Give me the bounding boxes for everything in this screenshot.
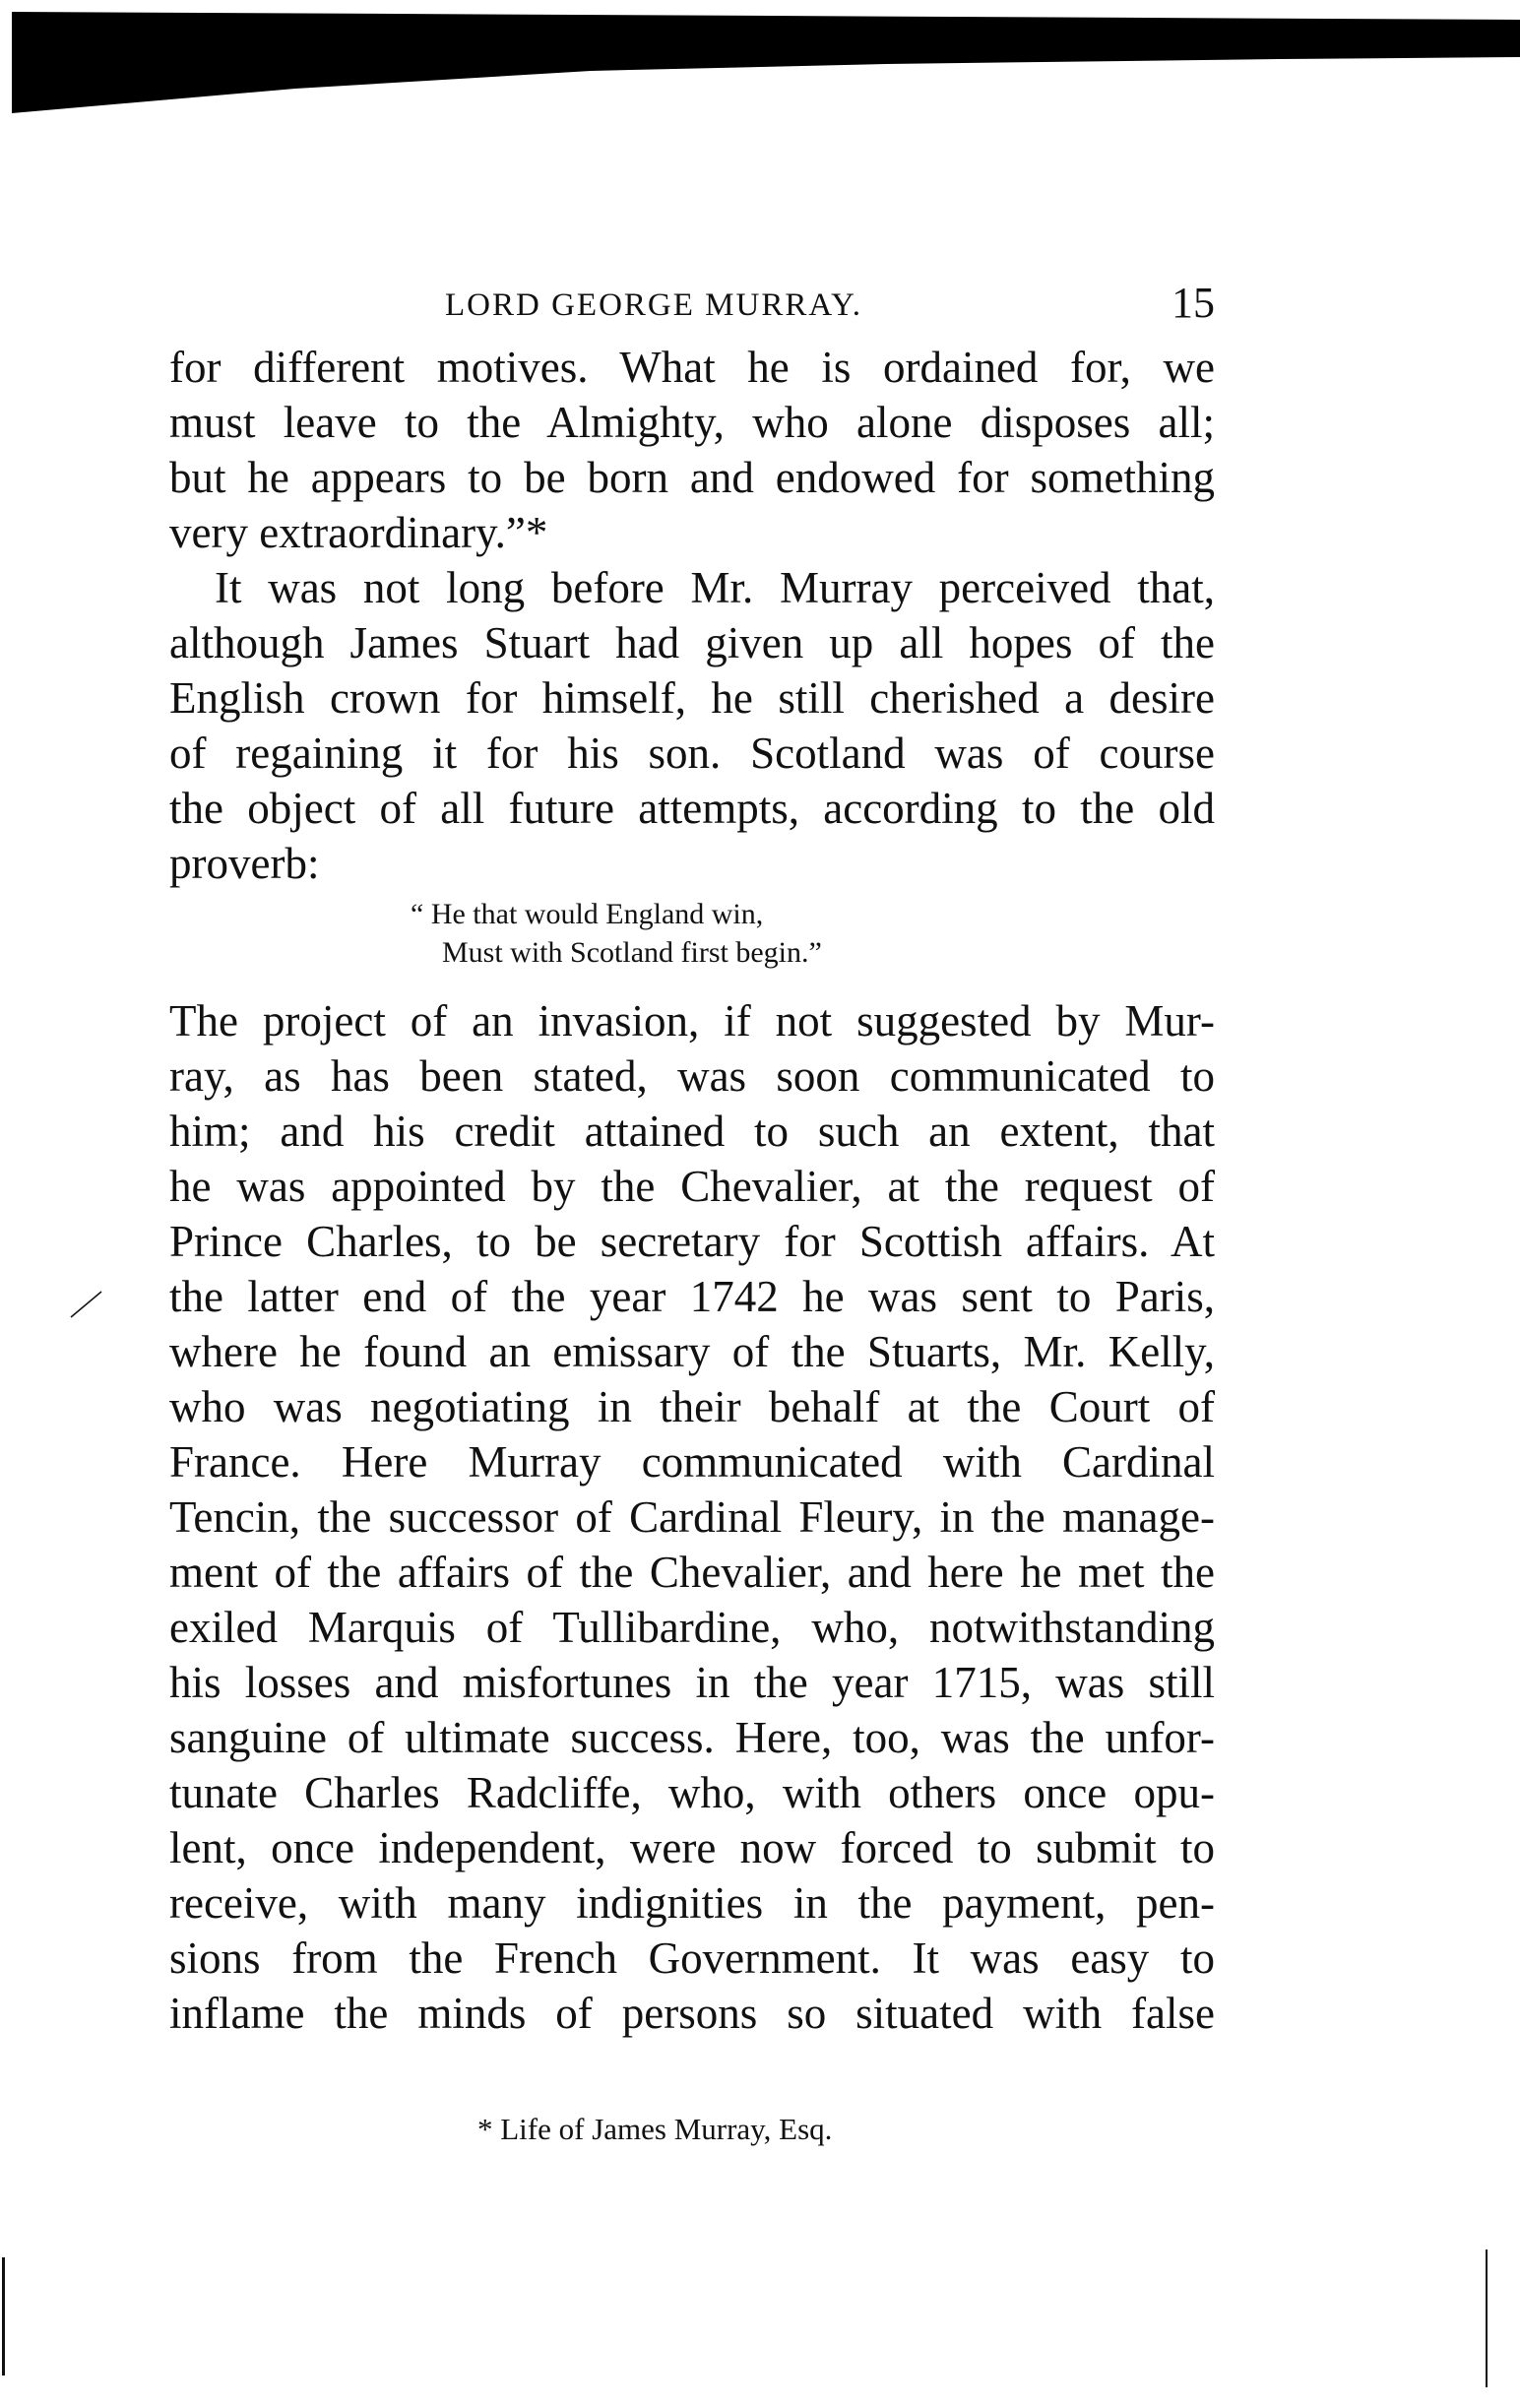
- paragraph-2: It was not long before Mr. Murray percei…: [169, 560, 1215, 891]
- scan-edge-line-left: [2, 2257, 5, 2376]
- text-line: who was negotiating in their behalf at t…: [169, 1379, 1215, 1434]
- margin-pencil-mark: [69, 1290, 103, 1319]
- text-line: proverb:: [169, 836, 1215, 891]
- scan-edge-line-right: [1486, 2250, 1488, 2387]
- footnote: * Life of James Murray, Esq.: [477, 2112, 832, 2147]
- text-line: The project of an invasion, if not sugge…: [169, 993, 1215, 1048]
- text-line: him; and his credit attained to such an …: [169, 1104, 1215, 1159]
- text-line: ment of the affairs of the Chevalier, an…: [169, 1545, 1215, 1600]
- text-line: although James Stuart had given up all h…: [169, 615, 1215, 670]
- text-line: Tencin, the successor of Cardinal Fleury…: [169, 1489, 1215, 1545]
- text-line: must leave to the Almighty, who alone di…: [169, 395, 1215, 450]
- text-line: the latter end of the year 1742 he was s…: [169, 1269, 1215, 1324]
- scan-edge-shadow: [0, 0, 1520, 118]
- text-line: inflame the minds of persons so situated…: [169, 1986, 1215, 2041]
- text-line: tunate Charles Radcliffe, who, with othe…: [169, 1765, 1215, 1820]
- text-line: of regaining it for his son. Scotland wa…: [169, 726, 1215, 781]
- text-line: Prince Charles, to be secretary for Scot…: [169, 1214, 1215, 1269]
- text-line: but he appears to be born and endowed fo…: [169, 450, 1215, 505]
- paragraph-1: for different motives. What he is ordain…: [169, 340, 1215, 560]
- text-line: where he found an emissary of the Stuart…: [169, 1324, 1215, 1379]
- text-line: sions from the French Government. It was…: [169, 1931, 1215, 1986]
- paragraph-3: The project of an invasion, if not sugge…: [169, 993, 1215, 2041]
- text-line: It was not long before Mr. Murray percei…: [169, 560, 1215, 615]
- text-line: lent, once independent, were now forced …: [169, 1820, 1215, 1875]
- text-line: exiled Marquis of Tullibardine, who, not…: [169, 1600, 1215, 1655]
- text-line: he was appointed by the Chevalier, at th…: [169, 1159, 1215, 1214]
- text-line: English crown for himself, he still cher…: [169, 670, 1215, 726]
- text-line: for different motives. What he is ordain…: [169, 340, 1215, 395]
- text-line: sanguine of ultimate success. Here, too,…: [169, 1710, 1215, 1765]
- text-line: the object of all future attempts, accor…: [169, 781, 1215, 836]
- page-body: for different motives. What he is ordain…: [169, 340, 1215, 2041]
- text-line: receive, with many indignities in the pa…: [169, 1875, 1215, 1931]
- text-line: France. Here Murray communicated with Ca…: [169, 1434, 1215, 1489]
- page-number: 15: [1172, 278, 1215, 328]
- text-line: his losses and misfortunes in the year 1…: [169, 1655, 1215, 1710]
- text-line: very extraordinary.”*: [169, 505, 1215, 560]
- running-title: LORD GEORGE MURRAY.: [445, 287, 862, 324]
- proverb-line: “ He that would England win,: [169, 895, 1215, 933]
- page-header: LORD GEORGE MURRAY. 15: [169, 287, 1213, 337]
- proverb-line: Must with Scotland first begin.”: [169, 933, 1215, 972]
- proverb-quote: “ He that would England win, Must with S…: [169, 895, 1215, 972]
- text-line: ray, as has been stated, was soon commun…: [169, 1048, 1215, 1104]
